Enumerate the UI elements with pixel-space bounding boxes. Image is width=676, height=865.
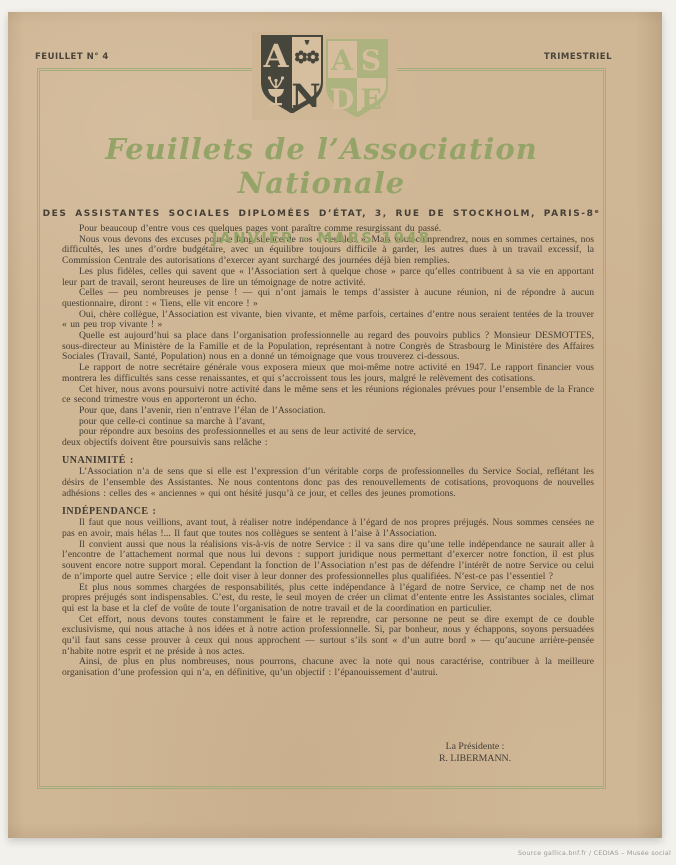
body-paragraph: Cet effort, nous devons toutes constamme…	[62, 615, 594, 658]
scan-source-credit: Source gallica.bnf.fr / CEDIAS – Musée s…	[518, 849, 671, 857]
body-paragraph: Et plus nous sommes chargées de responsa…	[62, 583, 594, 615]
association-address: DES ASSISTANTES SOCIALES DIPLOMÉES D’ÉTA…	[37, 209, 606, 219]
body-paragraph: Il convient aussi que nous la réalisions…	[62, 540, 594, 583]
section-heading: UNANIMITÉ :	[62, 456, 594, 467]
body-paragraph: Oui, chère collègue, l’Association est v…	[62, 310, 594, 331]
body-paragraph: Le rapport de notre secrétaire générale …	[62, 363, 594, 384]
body-paragraph: Quelle est aujourd’hui sa place dans l’o…	[62, 331, 594, 363]
section-heading: INDÉPENDANCE :	[62, 507, 594, 518]
shield-letter-e: E	[360, 83, 381, 116]
shield-letter-n: N	[291, 77, 320, 115]
shield-letter-s: S	[361, 44, 381, 77]
shield-letter-d: D	[330, 83, 354, 116]
body-paragraph: Cet hiver, nous avons poursuivi notre ac…	[62, 385, 594, 406]
page-title: Feuillets de l’Association Nationale	[37, 132, 606, 200]
body-paragraph: Il faut que nous veillions, avant tout, …	[62, 518, 594, 539]
signature-role: La Présidente :	[390, 741, 560, 753]
shield-letter-a2: A	[330, 44, 354, 77]
signature-block: La Présidente : R. LIBERMANN.	[390, 741, 560, 764]
shield-letter-a: A	[263, 37, 290, 75]
newsletter-header: Feuillets de l’Association Nationale DES…	[37, 132, 606, 247]
body-paragraph: Les plus fidèles, celles qui savent que …	[62, 267, 594, 288]
newsletter-page: FEUILLET N° 4 TRIMESTRIEL A N	[8, 12, 662, 838]
periodicity-label: TRIMESTRIEL	[544, 52, 612, 62]
body-paragraph: Ainsi, de plus en plus nombreuses, nous …	[62, 657, 594, 678]
issue-date: JANVIER - MARS 1948	[37, 229, 606, 247]
body-paragraph: deux objectifs doivent être poursuivis s…	[62, 438, 594, 449]
shield-dark-icon: A N	[258, 32, 326, 116]
anas-emblem: A N A	[252, 32, 397, 120]
body-paragraph: Celles — peu nombreuses je pense ! — qui…	[62, 288, 594, 309]
signature-name: R. LIBERMANN.	[390, 753, 560, 765]
article-body: Pour beaucoup d’entre vous ces quelques …	[62, 224, 594, 679]
feuillet-number: FEUILLET N° 4	[35, 52, 109, 62]
shield-green-icon: A S D E	[323, 36, 391, 120]
body-paragraph: L’Association n’a de sens que si elle es…	[62, 467, 594, 499]
